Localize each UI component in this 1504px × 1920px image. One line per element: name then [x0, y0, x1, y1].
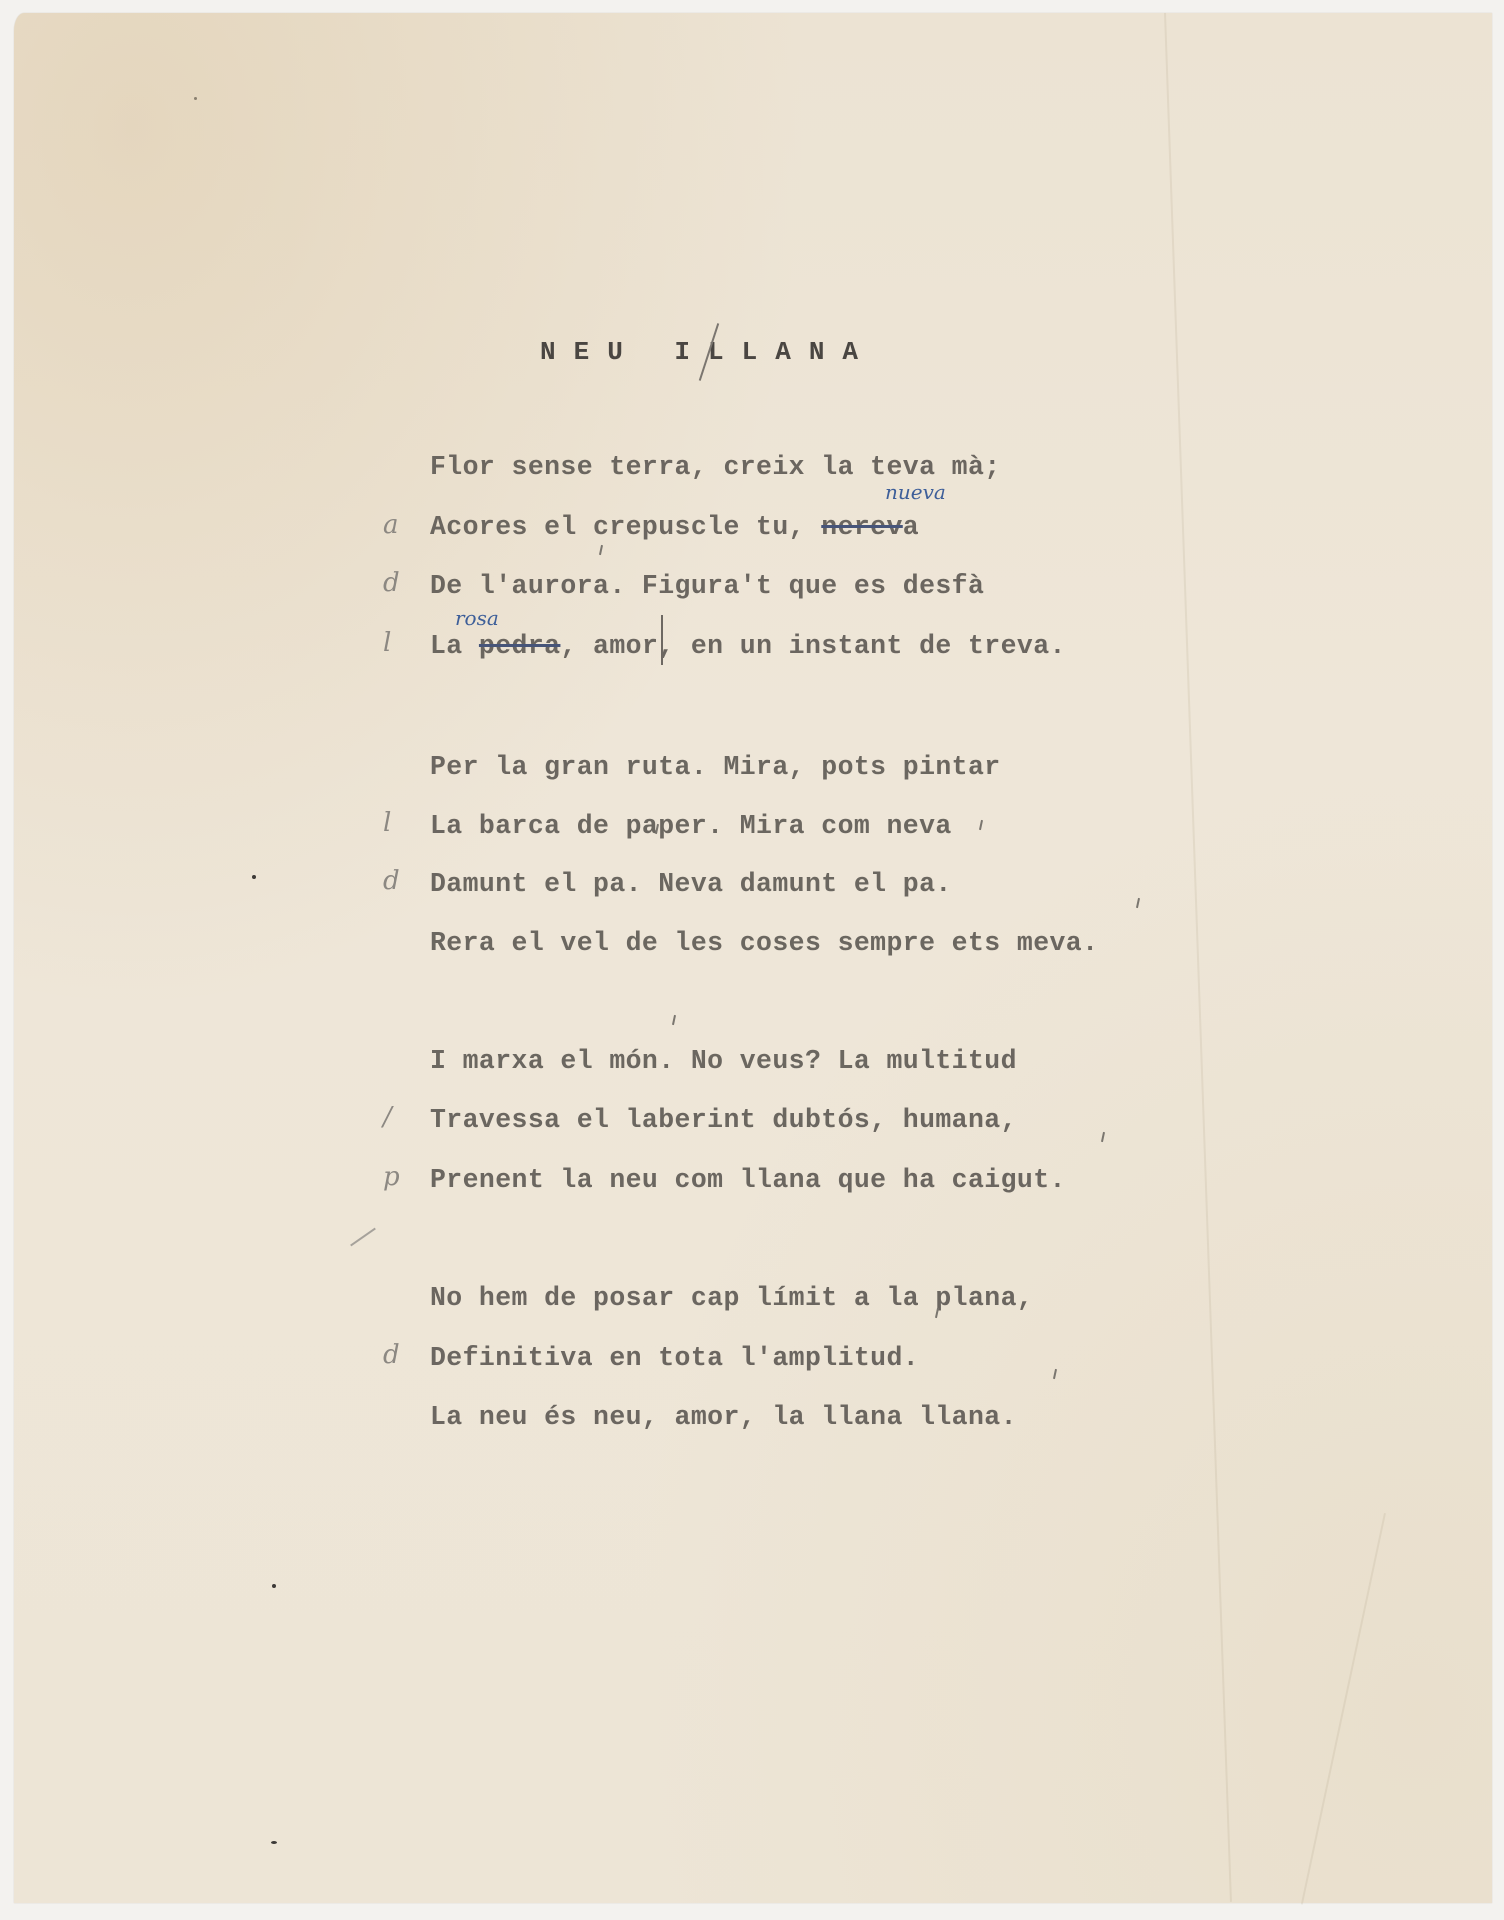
margin-annotation: d — [383, 866, 400, 896]
margin-annotation: p — [383, 1162, 400, 1192]
margin-annotation: a — [383, 510, 399, 540]
struck-word: nerev — [821, 512, 903, 542]
margin-annotation: d — [383, 1340, 400, 1370]
handwritten-correction: rosa — [455, 606, 499, 630]
ink-speck — [252, 875, 256, 879]
handwritten-correction: nueva — [885, 480, 946, 504]
poem-line: De l'aurora. Figura't que es desfà — [430, 571, 984, 601]
margin-annotation: / — [383, 1102, 392, 1132]
poem-line: La barca de paper. Mira com neva — [430, 811, 952, 841]
struck-word: pedra — [479, 631, 561, 661]
line-text: Acores el crepuscle tu, — [430, 512, 821, 542]
ink-speck — [271, 1841, 277, 1844]
paper-crease — [1164, 13, 1232, 1902]
poem-line: Damunt el pa. Neva damunt el pa. — [430, 869, 952, 899]
poem-line: La pedra, amor, en un instant de treva. — [430, 631, 1066, 661]
margin-annotation: d — [383, 568, 400, 598]
poem-line: Flor sense terra, creix la teva mà; — [430, 452, 1001, 482]
ink-speck — [272, 1584, 276, 1588]
poem-line: Prenent la neu com llana que ha caigut. — [430, 1165, 1066, 1195]
poem-line: Rera el vel de les coses sempre ets meva… — [430, 928, 1098, 958]
pencil-insertion-mark — [661, 615, 663, 665]
poem-line: Definitiva en tota l'amplitud. — [430, 1343, 919, 1373]
poem-line: No hem de posar cap límit a la plana, — [430, 1283, 1033, 1313]
paper-crease — [1301, 1513, 1386, 1905]
poem-line: La neu és neu, amor, la llana llana. — [430, 1402, 1017, 1432]
line-text: a — [903, 512, 919, 542]
poem-line: Per la gran ruta. Mira, pots pintar — [430, 752, 1001, 782]
poem-line: Travessa el laberint dubtós, humana, — [430, 1105, 1017, 1135]
poem-line: Acores el crepuscle tu, nereva — [430, 512, 919, 542]
margin-annotation: l — [383, 808, 391, 838]
ink-speck — [194, 97, 197, 100]
line-text: , amor, en un instant de treva. — [560, 631, 1065, 661]
line-text: La — [430, 631, 479, 661]
margin-annotation: l — [383, 628, 391, 658]
poem-line: I marxa el món. No veus? La multitud — [430, 1046, 1017, 1076]
typewritten-page — [14, 13, 1492, 1903]
